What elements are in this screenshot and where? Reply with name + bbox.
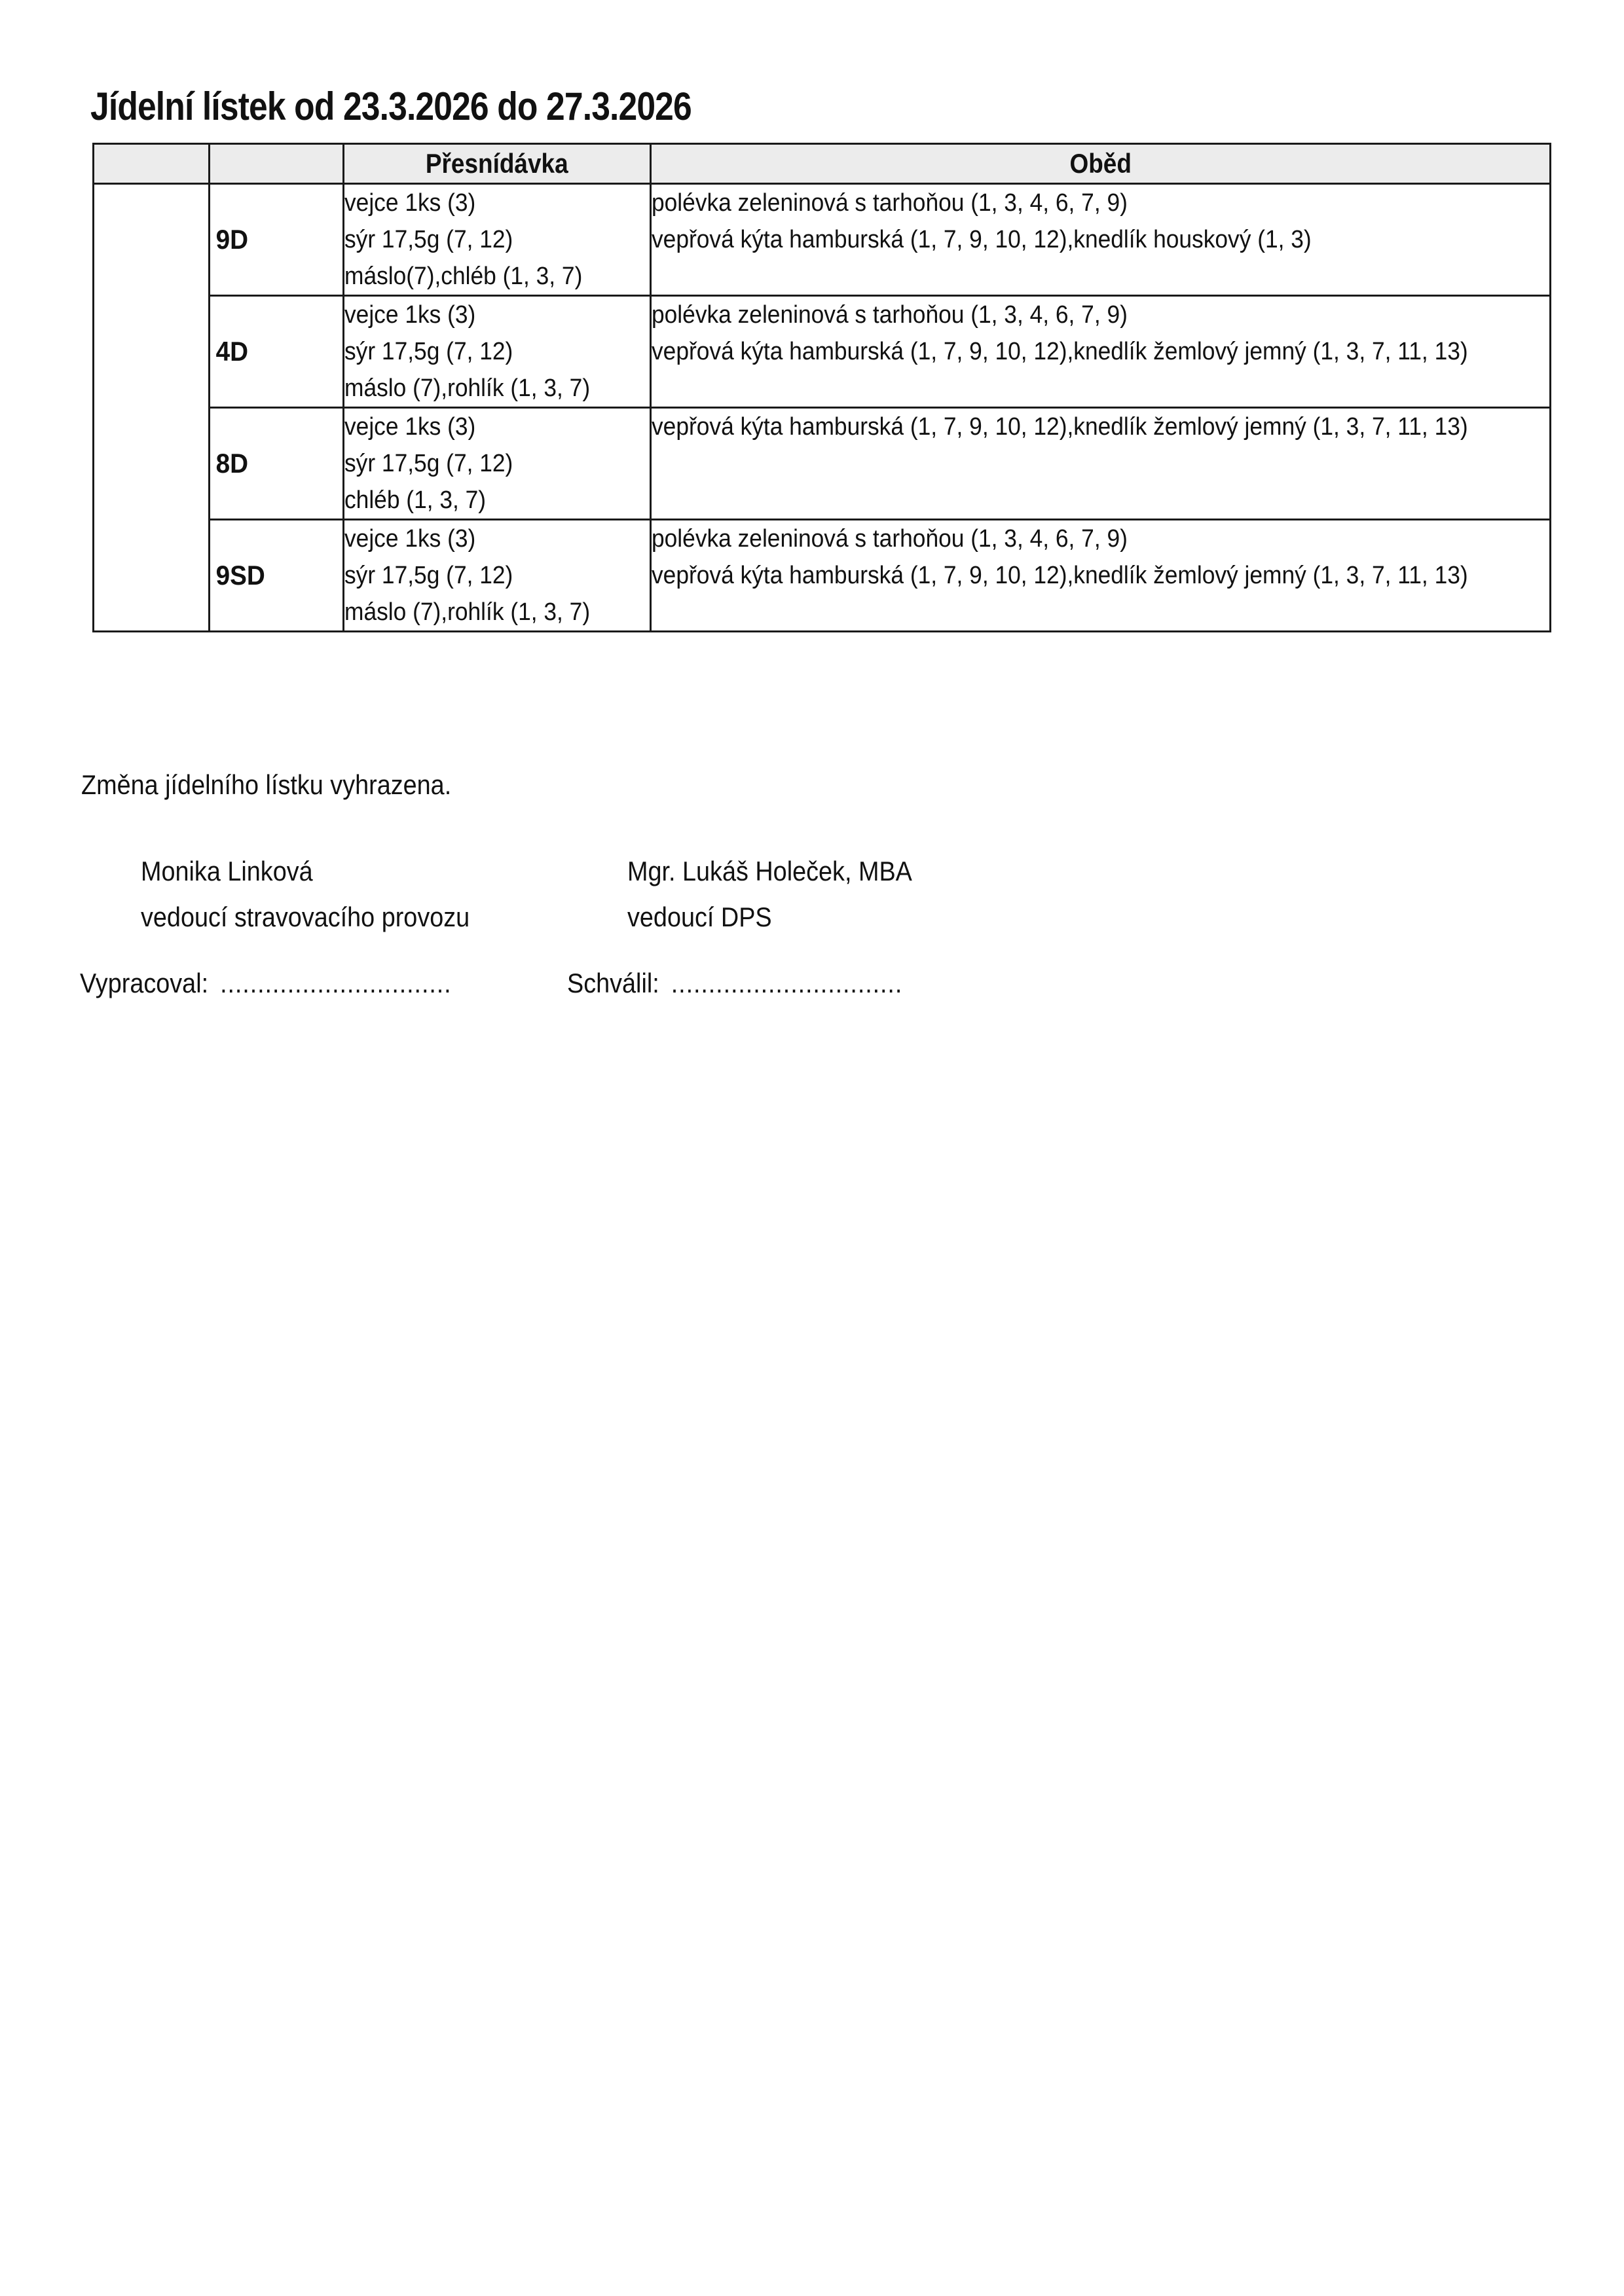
lunch-item: polévka zeleninová s tarhoňou (1, 3, 4, … — [652, 520, 1486, 557]
diet-code: 9SD — [215, 520, 339, 632]
signatory-left: Monika Linková vedoucí stravovacího prov… — [141, 848, 470, 940]
table-row: 9D vejce 1ks (3) sýr 17,5g (7, 12) máslo… — [94, 184, 1551, 296]
signatory-right: Mgr. Lukáš Holeček, MBA vedoucí DPS — [627, 848, 912, 940]
lunch-item: polévka zeleninová s tarhoňou (1, 3, 4, … — [652, 297, 1486, 333]
header-day — [94, 144, 210, 184]
lunch-item: polévka zeleninová s tarhoňou (1, 3, 4, … — [652, 185, 1486, 221]
signatory-role: vedoucí stravovacího provozu — [141, 894, 470, 940]
snack-item: sýr 17,5g (7, 12) — [344, 557, 628, 594]
snack-item: chléb (1, 3, 7) — [344, 482, 628, 519]
lunch-item: vepřová kýta hamburská (1, 7, 9, 10, 12)… — [652, 557, 1486, 594]
snack-item: sýr 17,5g (7, 12) — [344, 445, 628, 482]
snack-cell: vejce 1ks (3) sýr 17,5g (7, 12) máslo (7… — [344, 520, 651, 632]
approved-by-label: Schválil: — [567, 968, 659, 998]
snack-item: máslo(7),chléb (1, 3, 7) — [344, 258, 628, 295]
diet-code: 8D — [215, 408, 339, 520]
signatory-name: Monika Linková — [141, 848, 470, 894]
approved-by-line: Schválil:............................... — [567, 968, 902, 999]
snack-item: máslo (7),rohlík (1, 3, 7) — [344, 594, 628, 630]
header-diet — [210, 144, 344, 184]
lunch-item: vepřová kýta hamburská (1, 7, 9, 10, 12)… — [652, 333, 1486, 370]
snack-item: sýr 17,5g (7, 12) — [344, 221, 628, 258]
menu-table: Přesnídávka Oběd 9D vejce 1ks (3) sýr 17… — [92, 143, 1551, 632]
diet-code: 4D — [215, 296, 339, 408]
prepared-by-line: Vypracoval:.............................… — [80, 968, 452, 999]
table-row: 9SD vejce 1ks (3) sýr 17,5g (7, 12) másl… — [94, 520, 1551, 632]
snack-item: sýr 17,5g (7, 12) — [344, 333, 628, 370]
lunch-cell: polévka zeleninová s tarhoňou (1, 3, 4, … — [651, 296, 1551, 408]
snack-item: vejce 1ks (3) — [344, 520, 628, 557]
diet-code: 9D — [215, 184, 339, 296]
lunch-item: vepřová kýta hamburská (1, 7, 9, 10, 12)… — [652, 221, 1486, 258]
lunch-cell: vepřová kýta hamburská (1, 7, 9, 10, 12)… — [651, 408, 1551, 520]
signatory-name: Mgr. Lukáš Holeček, MBA — [627, 848, 912, 894]
snack-item: vejce 1ks (3) — [344, 297, 628, 333]
table-header-row: Přesnídávka Oběd — [94, 144, 1551, 184]
prepared-by-label: Vypracoval: — [80, 968, 208, 998]
header-snack: Přesnídávka — [344, 144, 651, 184]
day-cell — [94, 184, 210, 632]
snack-cell: vejce 1ks (3) sýr 17,5g (7, 12) máslo(7)… — [344, 184, 651, 296]
table-row: 8D vejce 1ks (3) sýr 17,5g (7, 12) chléb… — [94, 408, 1551, 520]
signatory-role: vedoucí DPS — [627, 894, 912, 940]
snack-item: vejce 1ks (3) — [344, 409, 628, 445]
snack-item: vejce 1ks (3) — [344, 185, 628, 221]
snack-item: máslo (7),rohlík (1, 3, 7) — [344, 370, 628, 407]
lunch-item: vepřová kýta hamburská (1, 7, 9, 10, 12)… — [652, 409, 1486, 445]
page-title: Jídelní lístek od 23.3.2026 do 27.3.2026 — [90, 84, 692, 129]
lunch-cell: polévka zeleninová s tarhoňou (1, 3, 4, … — [651, 520, 1551, 632]
signature-dots: ............................... — [220, 968, 451, 998]
change-reserved-note: Změna jídelního lístku vyhrazena. — [81, 769, 451, 801]
header-lunch: Oběd — [651, 144, 1551, 184]
lunch-cell: polévka zeleninová s tarhoňou (1, 3, 4, … — [651, 184, 1551, 296]
snack-cell: vejce 1ks (3) sýr 17,5g (7, 12) chléb (1… — [344, 408, 651, 520]
signature-dots: ............................... — [671, 968, 902, 998]
table-row: 4D vejce 1ks (3) sýr 17,5g (7, 12) máslo… — [94, 296, 1551, 408]
snack-cell: vejce 1ks (3) sýr 17,5g (7, 12) máslo (7… — [344, 296, 651, 408]
